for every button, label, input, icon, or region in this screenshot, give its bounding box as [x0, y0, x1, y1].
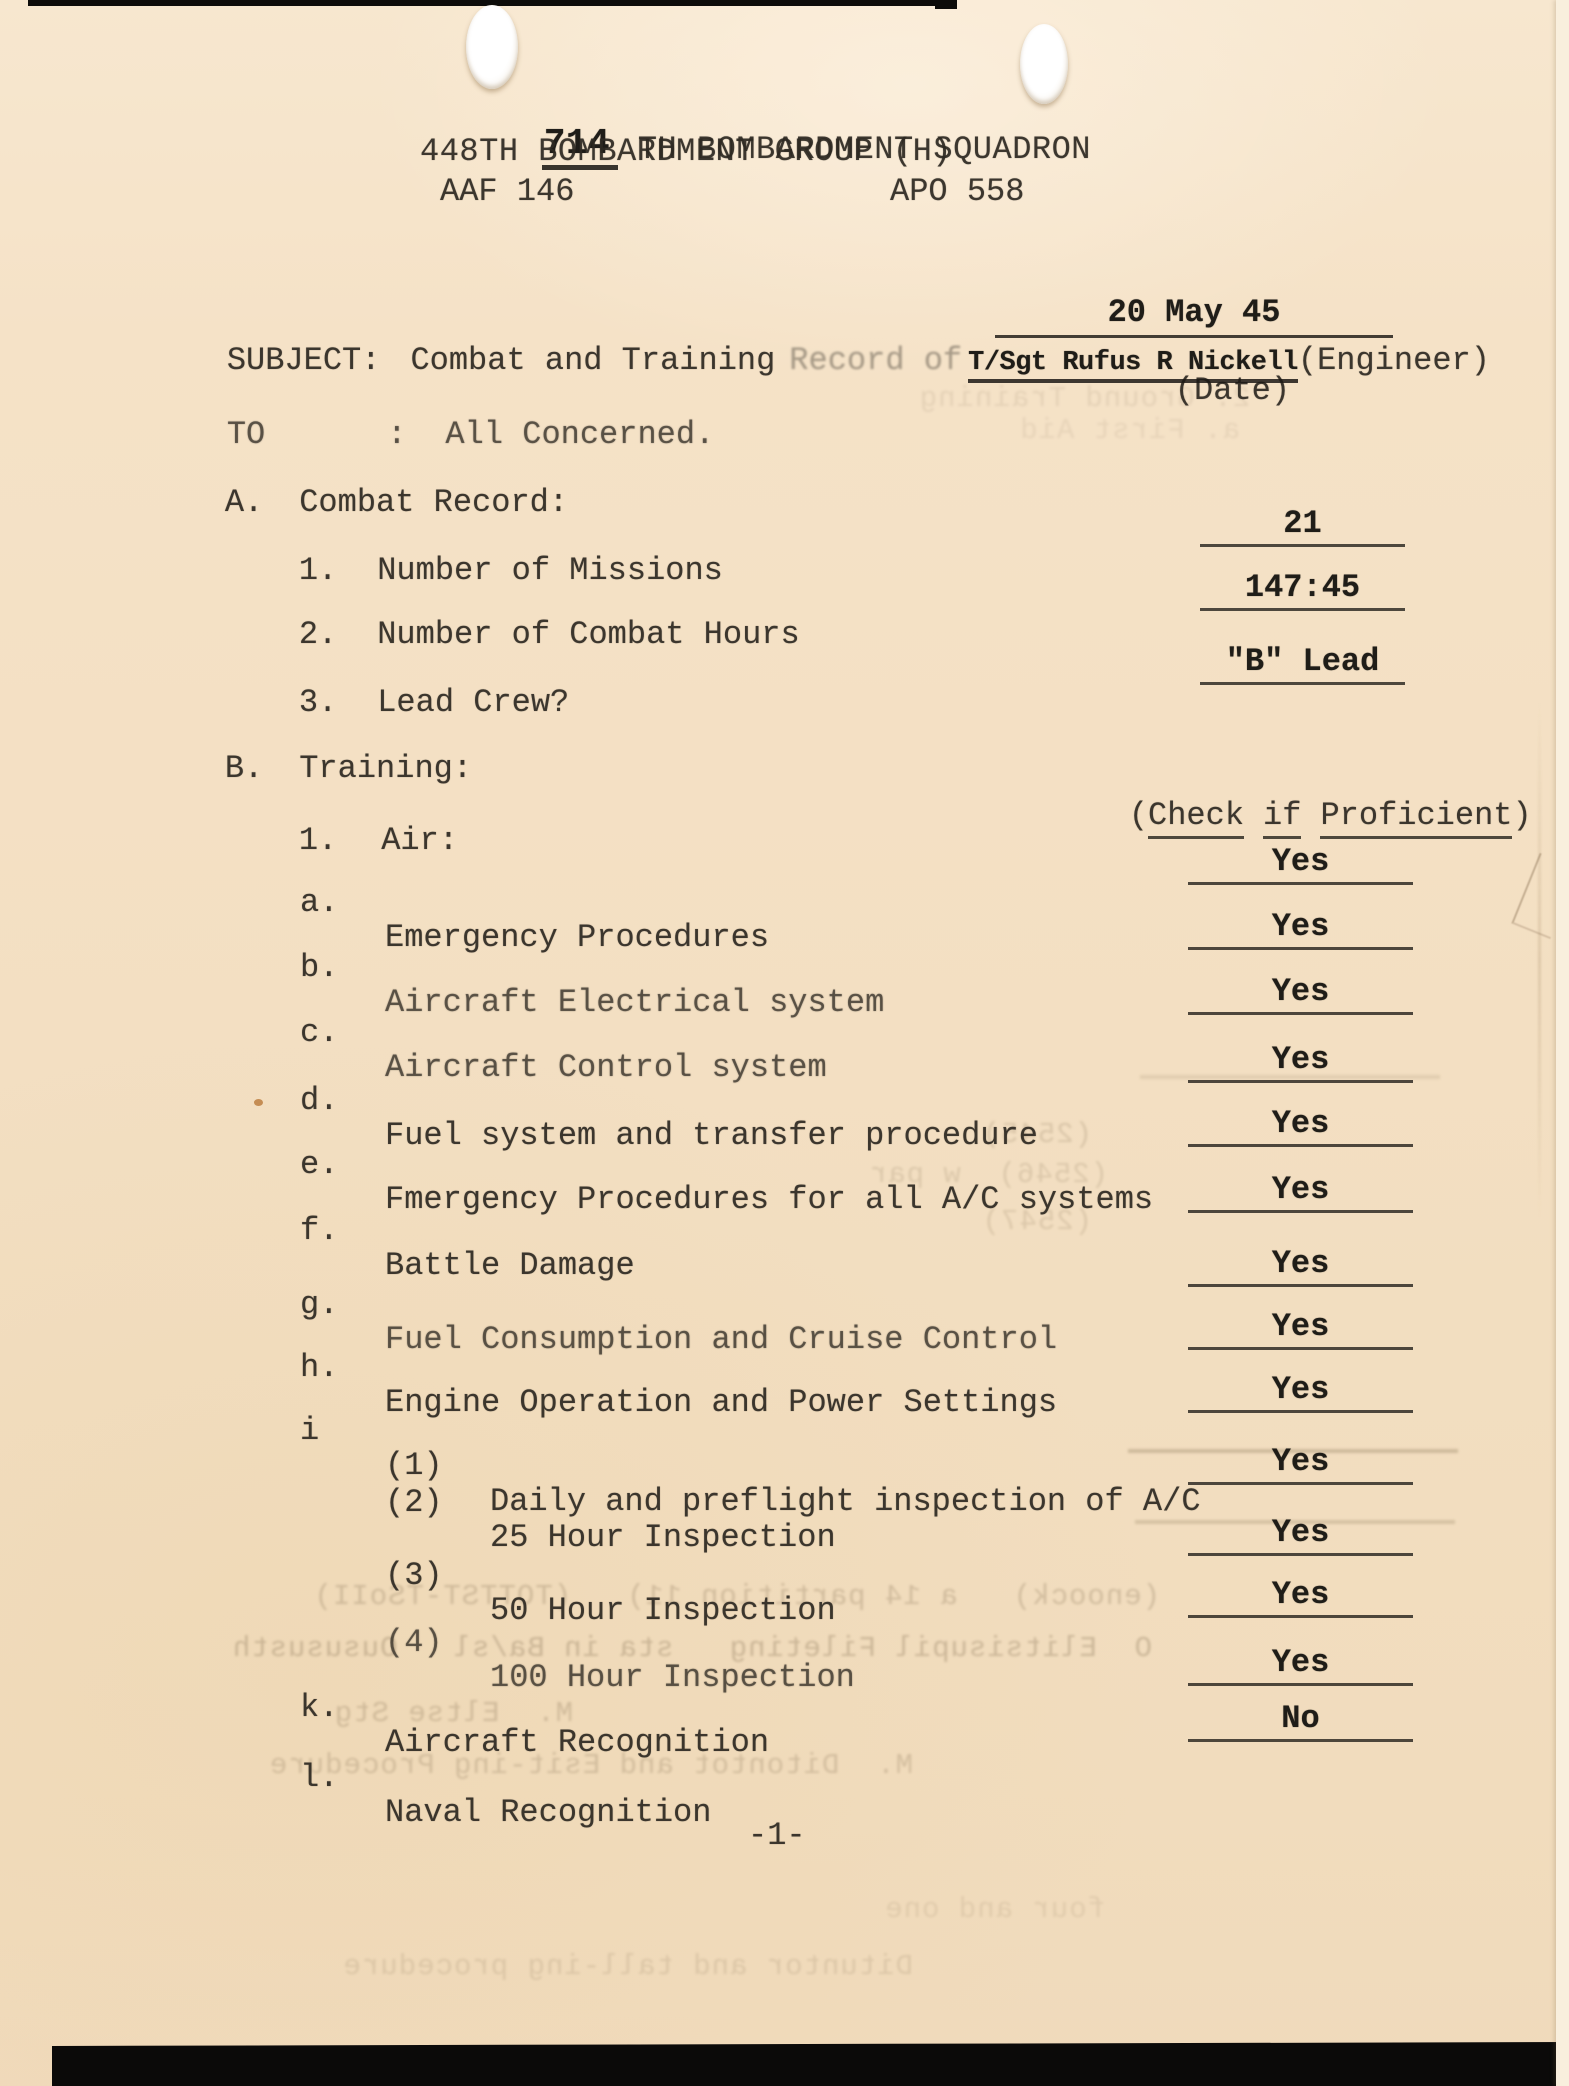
to-colon: :: [387, 416, 406, 453]
row-letter: f.: [300, 1213, 338, 1248]
row-answer: Yes: [1188, 1309, 1413, 1350]
training-row-g: g. Fuel Consumption and Cruise Control Y…: [0, 1252, 1569, 1294]
subject-text: Combat and Training: [410, 342, 775, 379]
row-answer: Yes: [1188, 1106, 1413, 1147]
rust-speck: [254, 1099, 263, 1106]
training-row-l: l. Naval Recognition No: [0, 1725, 1569, 1767]
section-a-title: Combat Record:: [299, 484, 568, 521]
section-b-title: Training:: [299, 750, 472, 787]
training-row-f: f. Battle Damage Yes: [0, 1178, 1569, 1220]
section-b-letter: B.: [225, 750, 263, 787]
letterhead-apo: APO 558: [890, 174, 1024, 209]
training-row-e: e. Fmergency Procedures for all A/C syst…: [0, 1112, 1569, 1154]
row-answer: Yes: [1188, 844, 1413, 885]
subject-suffix: (Engineer): [1298, 342, 1490, 379]
punch-hole-left: [466, 5, 518, 89]
training-row-b: b. Aircraft Electrical system Yes: [0, 915, 1569, 957]
item-label: Number of Combat Hours: [377, 616, 799, 653]
punch-hole-right: [1020, 24, 1068, 104]
row-answer: Yes: [1188, 909, 1413, 950]
training-row-i2: (2) 25 Hour Inspection Yes: [0, 1450, 1569, 1492]
row-answer: Yes: [1188, 1042, 1413, 1083]
lead-crew-value: "B" Lead: [1200, 644, 1405, 685]
training-row-d: d. Fuel system and transfer procedure Ye…: [0, 1048, 1569, 1090]
page-number: -1-: [748, 1818, 806, 1853]
letterhead-aaf: AAF 146: [440, 174, 574, 209]
row-answer: Yes: [1188, 974, 1413, 1015]
row-sub-number: (2): [385, 1485, 443, 1520]
training-row-i3: (3) 50 Hour Inspection Yes: [0, 1523, 1569, 1565]
row-answer: Yes: [1188, 1172, 1413, 1213]
row-answer: Yes: [1188, 1515, 1413, 1556]
row-answer: No: [1188, 1701, 1413, 1742]
training-row-h: h. Engine Operation and Power Settings Y…: [0, 1315, 1569, 1357]
subject-label: SUBJECT:: [227, 342, 381, 379]
training-row-c: c. Aircraft Control system Yes: [0, 980, 1569, 1022]
bleed-through-text: Dituntor and tall-ing procedure: [243, 1950, 913, 1983]
row-sub-number: (3): [385, 1558, 443, 1593]
check-word: if: [1263, 797, 1301, 839]
to-value: All Concerned.: [445, 416, 714, 453]
row-answer: Yes: [1188, 1246, 1413, 1287]
scan-edge-bottom: [52, 2042, 1569, 2086]
letterhead-line-2: 448TH BOMBARDMENT GROUP (H): [420, 134, 952, 169]
crewman-name: T/Sgt Rufus R Nickell: [968, 348, 1298, 383]
check-word: Proficient: [1320, 797, 1512, 839]
row-answer: Yes: [1188, 1577, 1413, 1618]
row-letter: k.: [300, 1690, 338, 1725]
paper-right-edge: [1556, 0, 1569, 2086]
section-a-letter: A.: [225, 484, 263, 521]
paren-open: (: [1129, 797, 1148, 834]
item-number: 2.: [299, 616, 337, 653]
missions-value: 21: [1200, 506, 1405, 547]
row-answer: Yes: [1188, 1444, 1413, 1485]
scan-edge-top-blob: [935, 0, 957, 9]
to-label: TO: [227, 416, 265, 453]
subject-text-faded: Record of: [789, 342, 962, 379]
row-letter: c.: [300, 1015, 338, 1050]
combat-hours-value: 147:45: [1200, 570, 1405, 611]
row-label: Naval Recognition: [385, 1795, 711, 1830]
scanned-document-page: 2. Ground Training a. First Aid (2545) (…: [0, 0, 1569, 2086]
row-answer: Yes: [1188, 1372, 1413, 1413]
row-letter: l.: [300, 1760, 338, 1795]
paren-close: ): [1512, 797, 1531, 834]
training-row-i4: (4) 100 Hour Inspection Yes: [0, 1590, 1569, 1632]
training-row-k: k. Aircraft Recognition Yes: [0, 1655, 1569, 1697]
training-row-a: a. Emergency Procedures Yes: [0, 850, 1569, 892]
training-row-i1: i (1) Daily and preflight inspection of …: [0, 1378, 1569, 1420]
bleed-through-text: four and one: [735, 1893, 1105, 1926]
row-letter: i: [300, 1413, 319, 1448]
check-word: Check: [1148, 797, 1244, 839]
row-answer: Yes: [1188, 1645, 1413, 1686]
